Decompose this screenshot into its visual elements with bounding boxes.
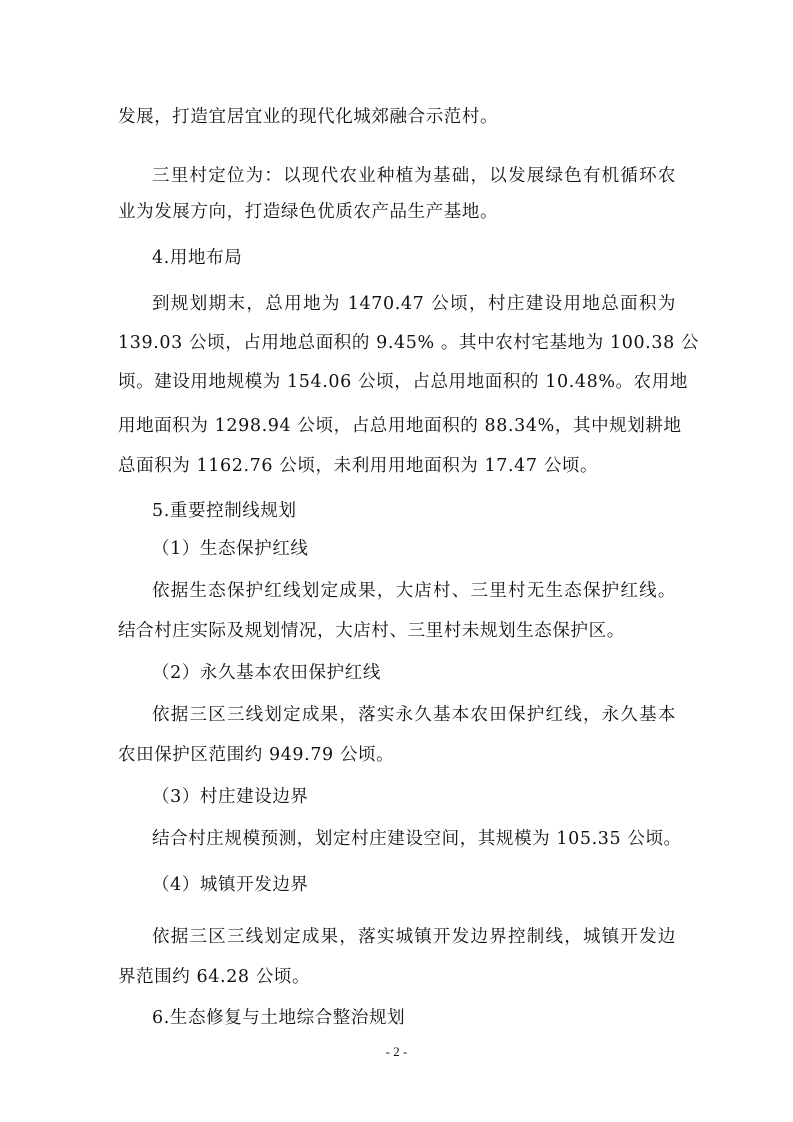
section-heading: 4.用地布局 bbox=[152, 247, 712, 269]
paragraph-line: 三里村定位为：以现代农业种植为基础，以发展绿色有机循环农 bbox=[152, 165, 676, 187]
paragraph-line: 结合村庄实际及规划情况，大店村、三里村未规划生态保护区。 bbox=[118, 620, 678, 642]
paragraph-line: 业为发展方向，打造绿色优质农产品生产基地。 bbox=[118, 201, 678, 223]
subsection-heading: （1）生态保护红线 bbox=[152, 538, 712, 560]
paragraph-line: 总面积为 1162.76 公顷，未利用用地面积为 17.47 公顷。 bbox=[118, 455, 678, 477]
paragraph-line: 139.03 公顷，占用地总面积的 9.45% 。其中农村宅基地为 100.38… bbox=[118, 332, 676, 354]
paragraph-line: 到规划期末，总用地为 1470.47 公顷，村庄建设用地总面积为 bbox=[152, 293, 676, 315]
paragraph-line: 农田保护区范围约 949.79 公顷。 bbox=[118, 744, 678, 766]
paragraph-line: 依据生态保护红线划定成果，大店村、三里村无生态保护红线。 bbox=[152, 580, 676, 602]
paragraph-line: 依据三区三线划定成果，落实城镇开发边界控制线，城镇开发边 bbox=[152, 926, 676, 948]
section-heading: 5.重要控制线规划 bbox=[152, 500, 712, 522]
page-number: - 2 - bbox=[0, 1044, 793, 1060]
subsection-heading: （2）永久基本农田保护红线 bbox=[152, 662, 712, 684]
subsection-heading: （3）村庄建设边界 bbox=[152, 786, 712, 808]
document-page: 发展，打造宜居宜业的现代化城郊融合示范村。 三里村定位为：以现代农业种植为基础，… bbox=[0, 0, 793, 1122]
paragraph-line: 结合村庄规模预测，划定村庄建设空间，其规模为 105.35 公顷。 bbox=[152, 828, 712, 850]
paragraph-line: 依据三区三线划定成果，落实永久基本农田保护红线，永久基本 bbox=[152, 704, 676, 726]
section-heading: 6.生态修复与土地综合整治规划 bbox=[152, 1007, 712, 1029]
subsection-heading: （4）城镇开发边界 bbox=[152, 874, 712, 896]
paragraph-line: 用地面积为 1298.94 公顷，占总用地面积的 88.34%，其中规划耕地 bbox=[118, 415, 676, 437]
paragraph-line: 顷。建设用地规模为 154.06 公顷，占总用地面积的 10.48%。农用地 bbox=[118, 371, 676, 393]
paragraph-line: 发展，打造宜居宜业的现代化城郊融合示范村。 bbox=[118, 106, 678, 128]
paragraph-line: 界范围约 64.28 公顷。 bbox=[118, 966, 678, 988]
